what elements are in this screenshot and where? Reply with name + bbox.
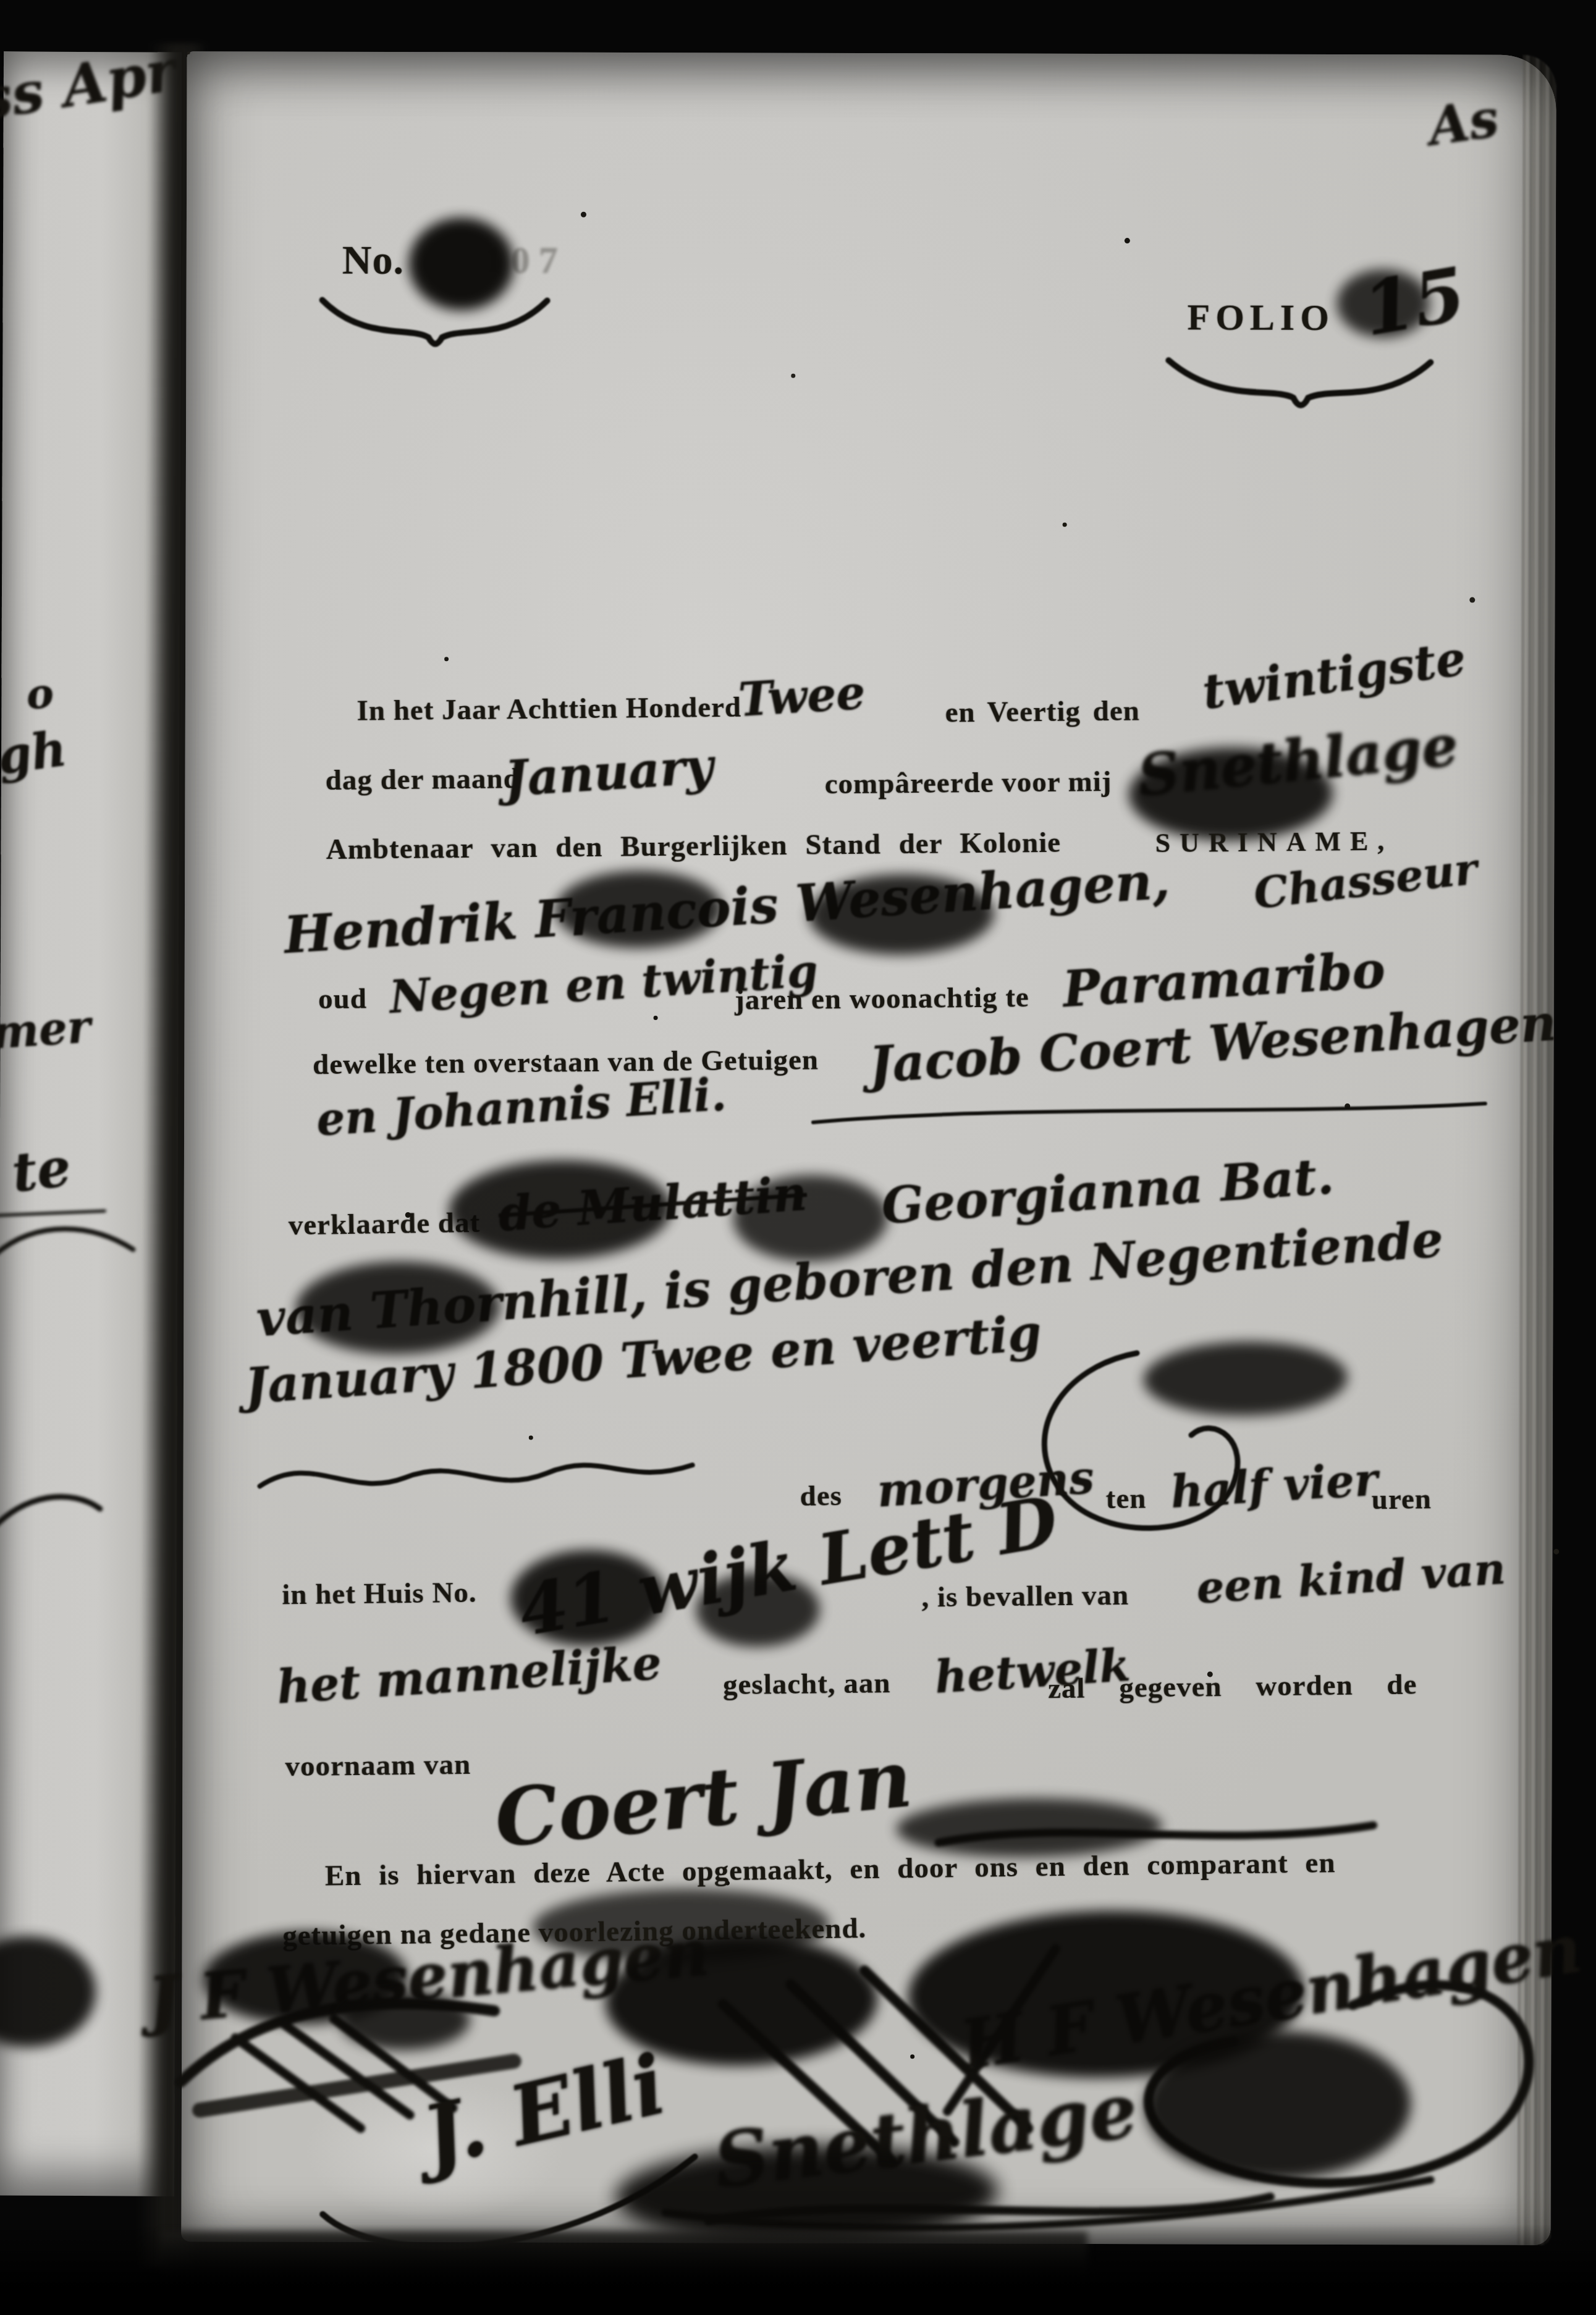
left-fragment-curve — [0, 1472, 110, 1547]
register-page: As No. 107 FOLIO 15 In het Jaar Achttien… — [181, 51, 1556, 2245]
left-fragment-flourish — [0, 1194, 142, 1269]
signatures-block: J F Wesenhagen H F Wesenhagen J. Elli — [143, 31, 1553, 2246]
scanned-register-photo: ss Apr o gh mer te As No. 107 — [0, 0, 1596, 2315]
left-fragment: o — [24, 668, 56, 719]
left-fragment: gh — [0, 721, 70, 786]
background-bottom — [0, 2224, 1596, 2315]
left-page-ink-blob — [0, 1936, 96, 2047]
left-fragment: mer — [0, 1000, 92, 1059]
